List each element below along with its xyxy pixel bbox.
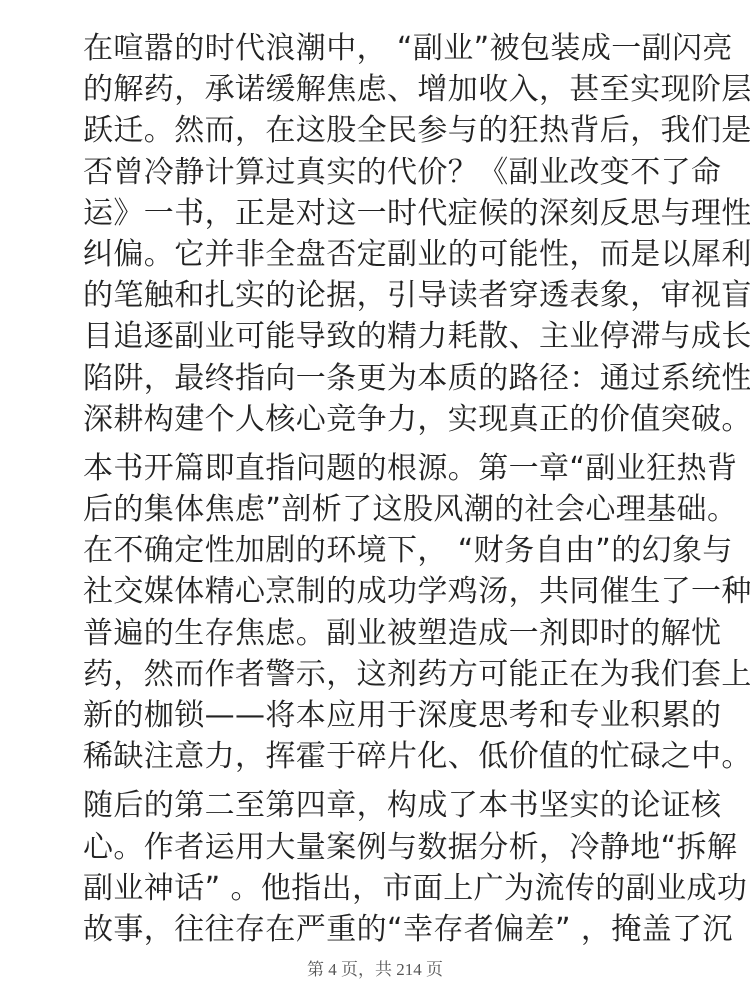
- text-line: 否曾冷静计算过真实的代价？《副业改变不了命: [83, 152, 673, 193]
- text-line: 故事，往往存在严重的“幸存者偏差” ，掩盖了沉: [83, 909, 673, 950]
- text-line: 副业神话” 。他指出，市面上广为流传的副业成功: [83, 868, 673, 909]
- paragraph-3: 随后的第二至第四章，构成了本书坚实的论证核 心。作者运用大量案例与数据分析，冷静…: [83, 785, 673, 950]
- text-line: 运》一书，正是对这一时代症候的深刻反思与理性: [83, 193, 673, 234]
- paragraph-2: 本书开篇即直指问题的根源。第一章“副业狂热背 后的集体焦虑”剖析了这股风潮的社会…: [83, 448, 673, 778]
- text-line: 本书开篇即直指问题的根源。第一章“副业狂热背: [83, 448, 673, 489]
- document-page: 在喧嚣的时代浪潮中， “副业”被包装成一副闪亮 的解药，承诺缓解焦虑、增加收入，…: [83, 28, 673, 958]
- text-line: 普遍的生存焦虑。副业被塑造成一剂即时的解忧: [83, 613, 673, 654]
- text-line: 深耕构建个人核心竞争力，实现真正的价值突破。: [83, 399, 673, 440]
- text-line: 陷阱，最终指向一条更为本质的路径：通过系统性: [83, 358, 673, 399]
- page-number-footer: 第 4 页，共 214 页: [0, 955, 750, 980]
- text-line: 在喧嚣的时代浪潮中， “副业”被包装成一副闪亮: [83, 28, 673, 69]
- text-line: 目追逐副业可能导致的精力耗散、主业停滞与成长: [83, 316, 673, 357]
- text-line: 药，然而作者警示，这剂药方可能正在为我们套上: [83, 654, 673, 695]
- text-line: 心。作者运用大量案例与数据分析，冷静地“拆解: [83, 827, 673, 868]
- text-line: 的解药，承诺缓解焦虑、增加收入，甚至实现阶层: [83, 69, 673, 110]
- text-line: 的笔触和扎实的论据，引导读者穿透表象，审视盲: [83, 275, 673, 316]
- paragraph-1: 在喧嚣的时代浪潮中， “副业”被包装成一副闪亮 的解药，承诺缓解焦虑、增加收入，…: [83, 28, 673, 440]
- text-line: 后的集体焦虑”剖析了这股风潮的社会心理基础。: [83, 489, 673, 530]
- text-line: 社交媒体精心烹制的成功学鸡汤，共同催生了一种: [83, 571, 673, 612]
- text-line: 稀缺注意力，挥霍于碎片化、低价值的忙碌之中。: [83, 736, 673, 777]
- text-line: 在不确定性加剧的环境下， “财务自由”的幻象与: [83, 530, 673, 571]
- text-line: 纠偏。它并非全盘否定副业的可能性，而是以犀利: [83, 234, 673, 275]
- text-line: 新的枷锁——将本应用于深度思考和专业积累的: [83, 695, 673, 736]
- text-line: 跃迁。然而，在这股全民参与的狂热背后，我们是: [83, 110, 673, 151]
- text-line: 随后的第二至第四章，构成了本书坚实的论证核: [83, 785, 673, 826]
